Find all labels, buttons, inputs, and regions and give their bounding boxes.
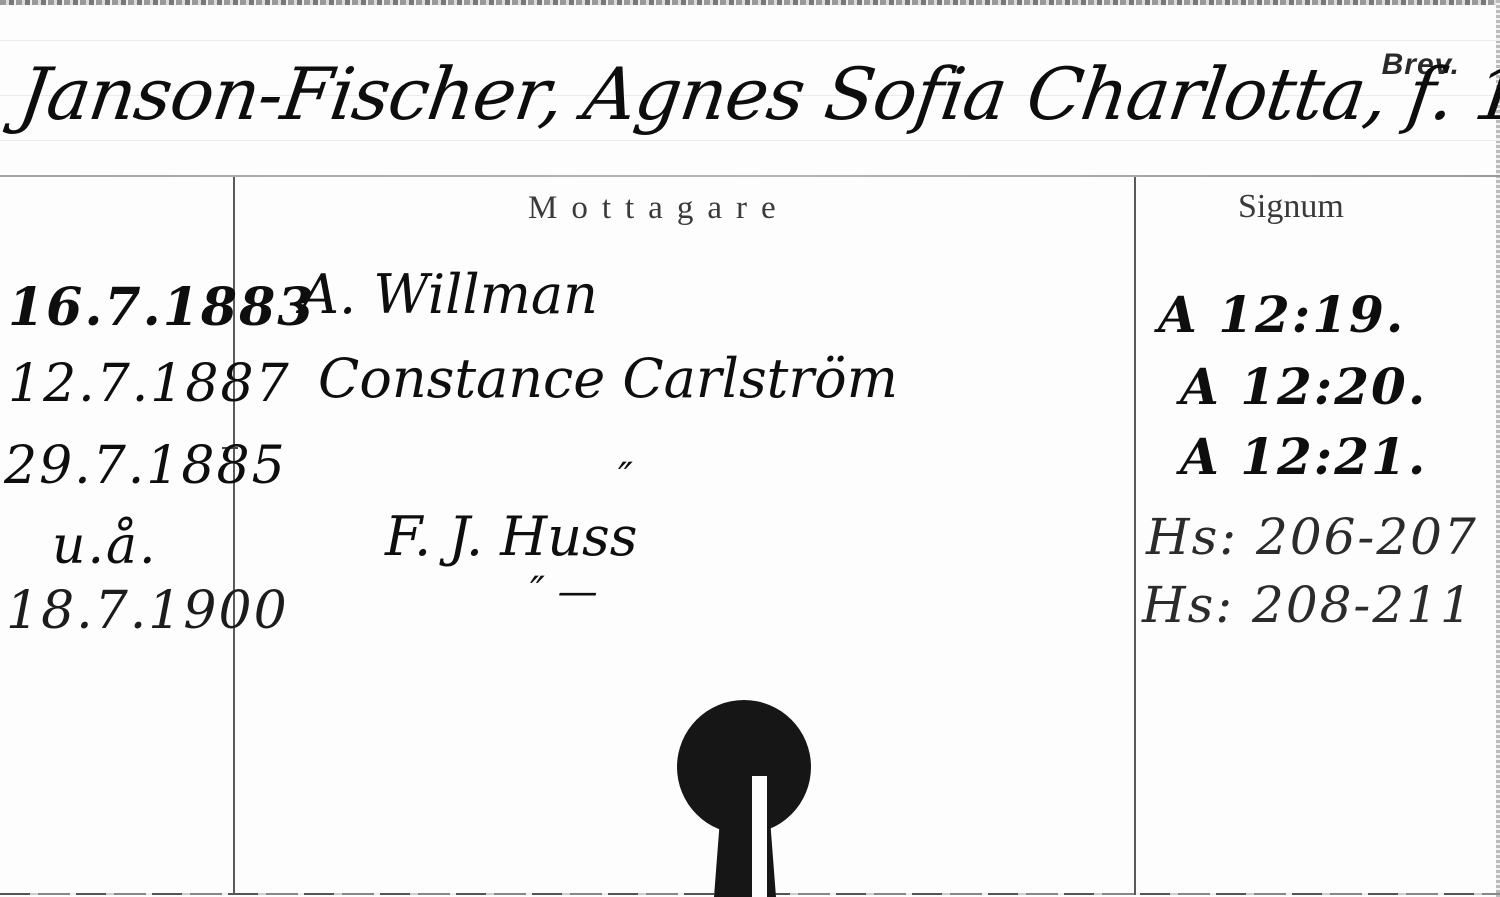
signum-column-header: Signum	[1238, 188, 1344, 226]
entry-signum: A 12:21.	[1180, 432, 1427, 482]
recipient-column-header: Mottagare	[528, 190, 790, 227]
entry-signum: Hs: 208-211	[1142, 580, 1474, 630]
signum-column-divider	[1134, 177, 1136, 895]
entry-recipient: Constance Carlström	[318, 352, 898, 406]
entry-recipient-ditto: ″	[618, 458, 633, 498]
entry-signum: Hs: 206-207	[1146, 512, 1478, 562]
entry-date: u.å.	[52, 520, 158, 572]
entry-date: 12.7.1887	[8, 358, 291, 410]
faint-rule	[0, 40, 1500, 41]
entry-recipient: F. J. Huss	[385, 510, 637, 564]
entry-signum: A 12:19.	[1158, 290, 1405, 340]
index-card: Brev. Janson-Fischer, Agnes Sofia Charlo…	[0, 0, 1500, 897]
filing-rod-gap	[752, 776, 767, 897]
header-divider	[0, 175, 1500, 177]
entry-recipient: A. Willman	[300, 268, 598, 322]
entry-date: 18.7.1900	[6, 585, 289, 637]
card-top-edge	[0, 0, 1500, 5]
entry-date: 29.7.1885	[4, 440, 287, 492]
entry-signum: A 12:20.	[1180, 362, 1427, 412]
entry-date: 16.7.1883	[8, 282, 315, 334]
card-heading: Janson-Fischer, Agnes Sofia Charlotta, f…	[15, 58, 1500, 130]
entry-recipient-ditto: ″ —	[530, 572, 598, 612]
faint-rule	[0, 140, 1500, 141]
